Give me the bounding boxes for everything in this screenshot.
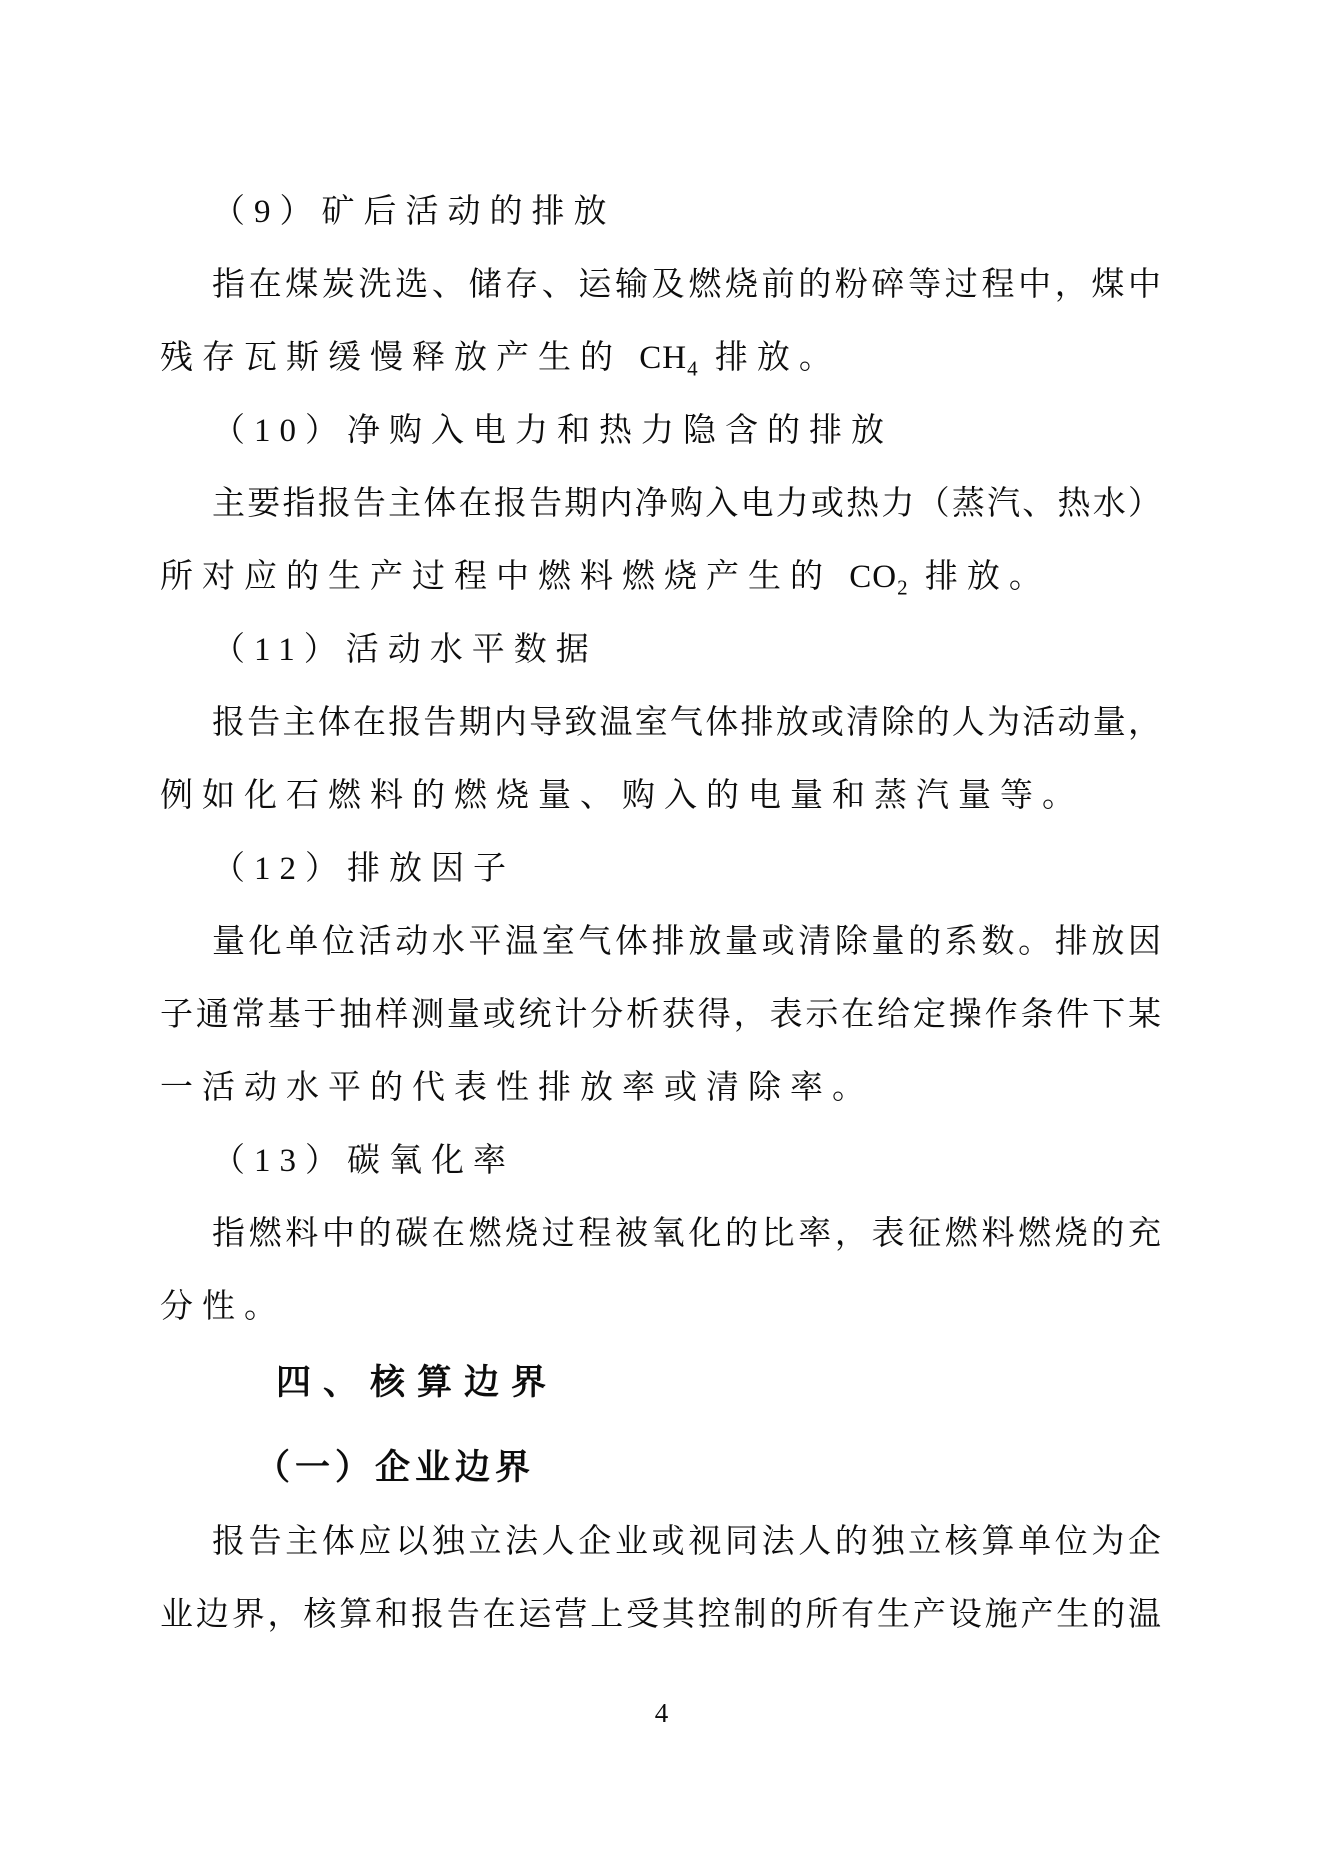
text-run: 指燃料中的碳在燃烧过程被氧化的比率，表征燃料燃烧的充 xyxy=(212,1216,1163,1252)
paragraph-line: 子通常基于抽样测量或统计分析获得，表示在给定操作条件下某 xyxy=(160,979,1163,1052)
item-heading: （13）碳氧化率 xyxy=(160,1125,1163,1198)
text-run: 一活动水平的代表性排放率或清除率。 xyxy=(160,1070,874,1106)
text-run: 业边界，核算和报告在运营上受其控制的所有生产设施产生的温 xyxy=(160,1597,1163,1633)
text-run: 四、核算边界 xyxy=(276,1363,558,1402)
text-run: 报告主体应以独立法人企业或视同法人的独立核算单位为企 xyxy=(212,1524,1163,1560)
paragraph-line: 分性。 xyxy=(160,1271,1163,1344)
text-run: 所对应的生产过程中燃料燃烧产生的 xyxy=(160,559,849,595)
paragraph-line: 报告主体在报告期内导致温室气体排放或清除的人为活动量， xyxy=(160,687,1163,760)
paragraph-line: 报告主体应以独立法人企业或视同法人的独立核算单位为企 xyxy=(160,1506,1163,1579)
section-heading: 四、核算边界 xyxy=(160,1346,1163,1419)
paragraph-line: 残存瓦斯缓慢释放产生的 CH4 排放。 xyxy=(160,322,1163,395)
paragraph-line: 量化单位活动水平温室气体排放量或清除量的系数。排放因 xyxy=(160,906,1163,979)
text-run: 子通常基于抽样测量或统计分析获得，表示在给定操作条件下某 xyxy=(160,997,1163,1033)
document-body: （9）矿后活动的排放指在煤炭洗选、储存、运输及燃烧前的粉碎等过程中，煤中残存瓦斯… xyxy=(160,176,1163,1652)
document-page: （9）矿后活动的排放指在煤炭洗选、储存、运输及燃烧前的粉碎等过程中，煤中残存瓦斯… xyxy=(0,0,1323,1871)
paragraph-line: 指燃料中的碳在燃烧过程被氧化的比率，表征燃料燃烧的充 xyxy=(160,1198,1163,1271)
paragraph-line: 所对应的生产过程中燃料燃烧产生的 CO2 排放。 xyxy=(160,541,1163,614)
text-run: CH xyxy=(639,340,687,376)
subscript-text: 2 xyxy=(897,576,908,600)
text-run: 排放。 xyxy=(908,559,1051,595)
text-run: 分性。 xyxy=(160,1289,286,1325)
subsection-heading: （一）企业边界 xyxy=(160,1431,1163,1504)
paragraph-line: 指在煤炭洗选、储存、运输及燃烧前的粉碎等过程中，煤中 xyxy=(160,249,1163,322)
text-run: （9）矿后活动的排放 xyxy=(212,194,616,230)
text-run: 指在煤炭洗选、储存、运输及燃烧前的粉碎等过程中，煤中 xyxy=(212,267,1163,303)
paragraph-line: 一活动水平的代表性排放率或清除率。 xyxy=(160,1052,1163,1125)
subscript-text: 4 xyxy=(687,357,698,381)
text-run: （13）碳氧化率 xyxy=(212,1143,515,1179)
paragraph-line: 主要指报告主体在报告期内净购入电力或热力（蒸汽、热水） xyxy=(160,468,1163,541)
item-heading: （9）矿后活动的排放 xyxy=(160,176,1163,249)
text-run: 量化单位活动水平温室气体排放量或清除量的系数。排放因 xyxy=(212,924,1163,960)
text-run: 例如化石燃料的燃烧量、购入的电量和蒸汽量等。 xyxy=(160,778,1084,814)
text-run: CO xyxy=(849,559,897,595)
item-heading: （12）排放因子 xyxy=(160,833,1163,906)
text-run: （一）企业边界 xyxy=(255,1448,535,1487)
paragraph-line: 业边界，核算和报告在运营上受其控制的所有生产设施产生的温 xyxy=(160,1579,1163,1652)
text-run: 排放。 xyxy=(698,340,841,376)
paragraph-line: 例如化石燃料的燃烧量、购入的电量和蒸汽量等。 xyxy=(160,760,1163,833)
page-number: 4 xyxy=(0,1692,1323,1734)
text-run: 报告主体在报告期内导致温室气体排放或清除的人为活动量， xyxy=(212,705,1163,741)
item-heading: （10）净购入电力和热力隐含的排放 xyxy=(160,395,1163,468)
text-run: 残存瓦斯缓慢释放产生的 xyxy=(160,340,639,376)
text-run: （12）排放因子 xyxy=(212,851,515,887)
text-run: 主要指报告主体在报告期内净购入电力或热力（蒸汽、热水） xyxy=(212,486,1163,522)
text-run: （11）活动水平数据 xyxy=(212,632,598,668)
item-heading: （11）活动水平数据 xyxy=(160,614,1163,687)
text-run: （10）净购入电力和热力隐含的排放 xyxy=(212,413,893,449)
